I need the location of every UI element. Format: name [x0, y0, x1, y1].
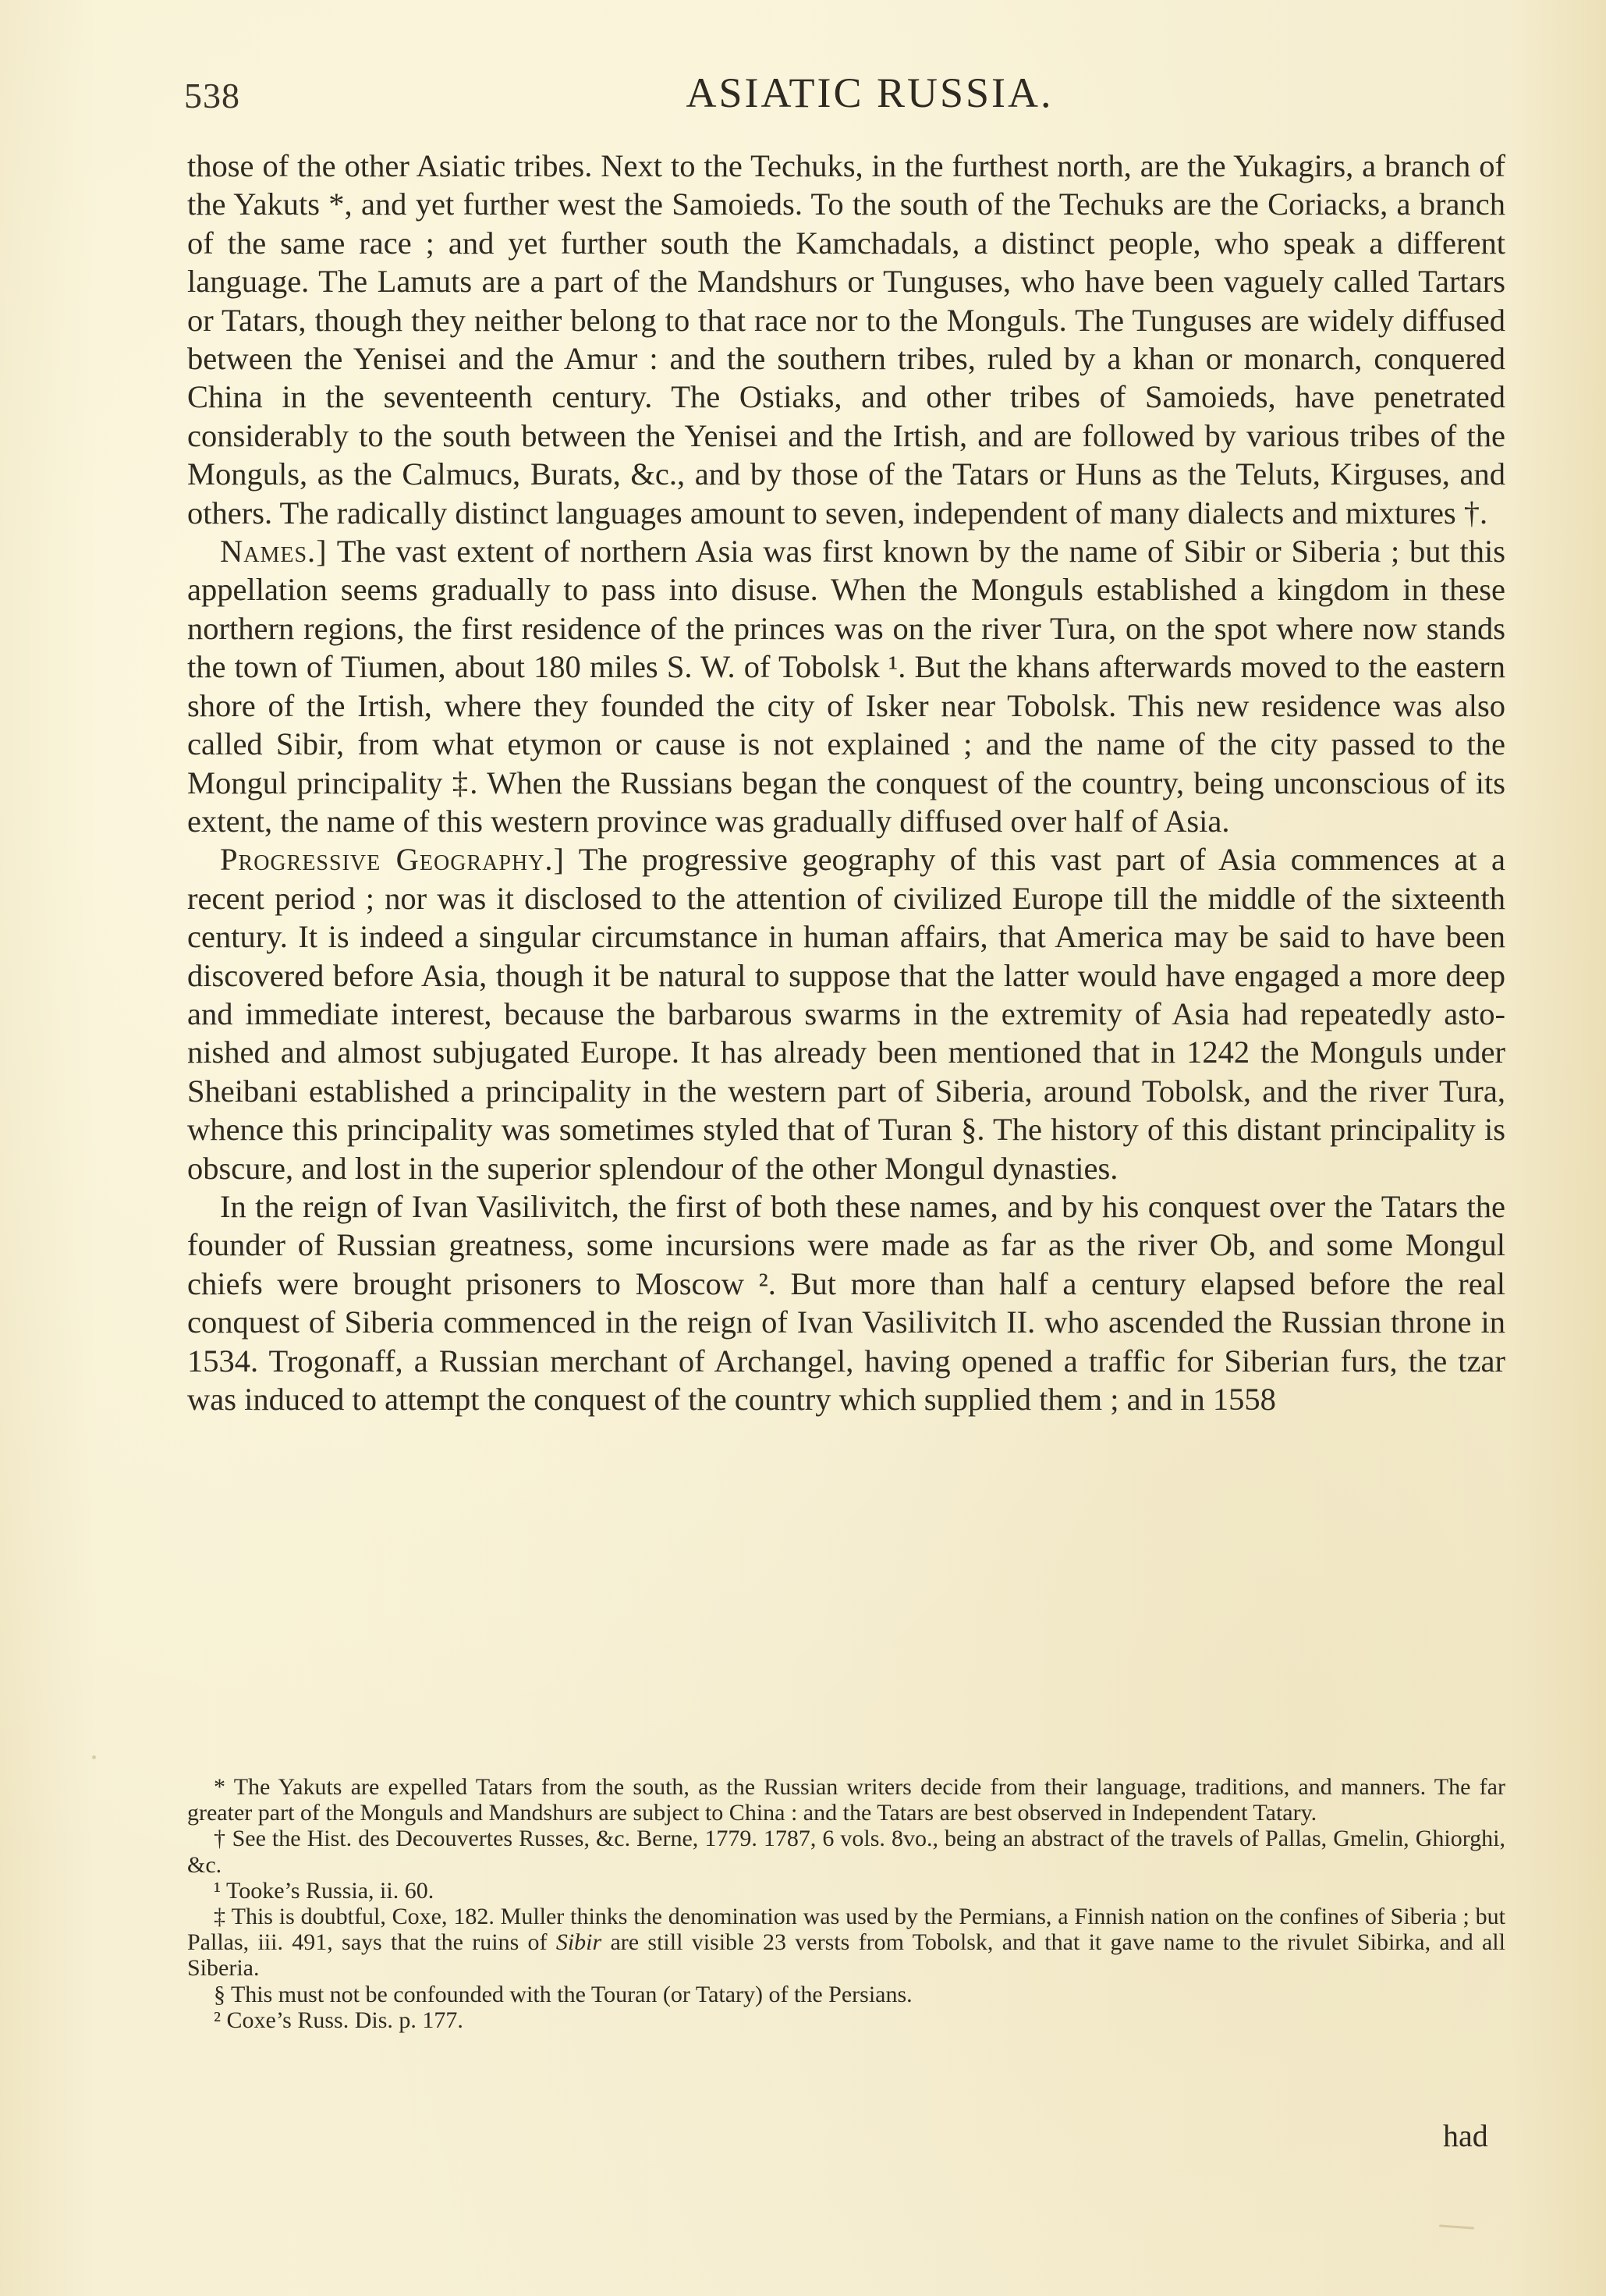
section-label-names: Names.] [220, 534, 328, 569]
footnotes: * The Yakuts are expelled Tatars from th… [187, 1774, 1505, 2033]
paragraph-text: The vast extent of northern Asia was fir… [187, 534, 1505, 839]
section-label-progressive-geography: Progressive Geography.] [220, 842, 565, 877]
footnote-text: The Yakuts are expelled Tatars from the … [187, 1774, 1505, 1826]
footnote-italic-term: Sibir [556, 1929, 601, 1955]
paragraph-text: In the reign of Ivan Vasilivitch, the fi… [187, 1189, 1505, 1417]
paper-blemish [92, 1755, 96, 1759]
footnote-mark: * [214, 1774, 225, 1800]
running-head: 538 ASIATIC RUSSIA. [187, 69, 1505, 123]
footnote-2: ² Coxe’s Russ. Dis. p. 177. [187, 2007, 1505, 2033]
running-title: ASIATIC RUSSIA. [187, 69, 1505, 117]
body-text: those of the other Asiatic tribes. Next … [187, 147, 1505, 1418]
footnote-text: Coxe’s Russ. Dis. p. 177. [227, 2007, 463, 2033]
footnote-mark: § [214, 1982, 225, 2007]
footnote-text: See the Hist. des Decouvertes Russes, &c… [187, 1826, 1505, 1877]
paragraph-progressive-geography: Progressive Geography.] The progressive … [187, 840, 1505, 1187]
paragraph-names: Names.] The vast extent of northern Asia… [187, 532, 1505, 840]
paragraph-ivan-vasilivitch: In the reign of Ivan Vasilivitch, the fi… [187, 1187, 1505, 1418]
catchword: had [1443, 2117, 1488, 2154]
footnote-1: ¹ Tooke’s Russia, ii. 60. [187, 1878, 1505, 1904]
paragraph-text: The progressive geography of this vast p… [187, 842, 1505, 1185]
footnote-mark: ‡ [214, 1904, 225, 1929]
footnote-section: § This must not be confounded with the T… [187, 1982, 1505, 2007]
footnote-mark: ¹ [214, 1878, 221, 1904]
footnote-mark: ² [214, 2007, 221, 2033]
paragraph-1: those of the other Asiatic tribes. Next … [187, 147, 1505, 532]
footnote-double-dagger: ‡ This is doubtful, Coxe, 182. Muller th… [187, 1904, 1505, 1982]
footnote-text: Tooke’s Russia, ii. 60. [226, 1878, 434, 1904]
footnote-mark: † [214, 1826, 226, 1851]
footnote-text: This must not be confounded with the Tou… [231, 1982, 913, 2007]
footnote-dagger: † See the Hist. des Decouvertes Russes, … [187, 1826, 1505, 1877]
footnote-asterisk: * The Yakuts are expelled Tatars from th… [187, 1774, 1505, 1826]
paragraph-text: those of the other Asiatic tribes. Next … [187, 148, 1505, 531]
paper-blemish [1439, 2224, 1474, 2229]
